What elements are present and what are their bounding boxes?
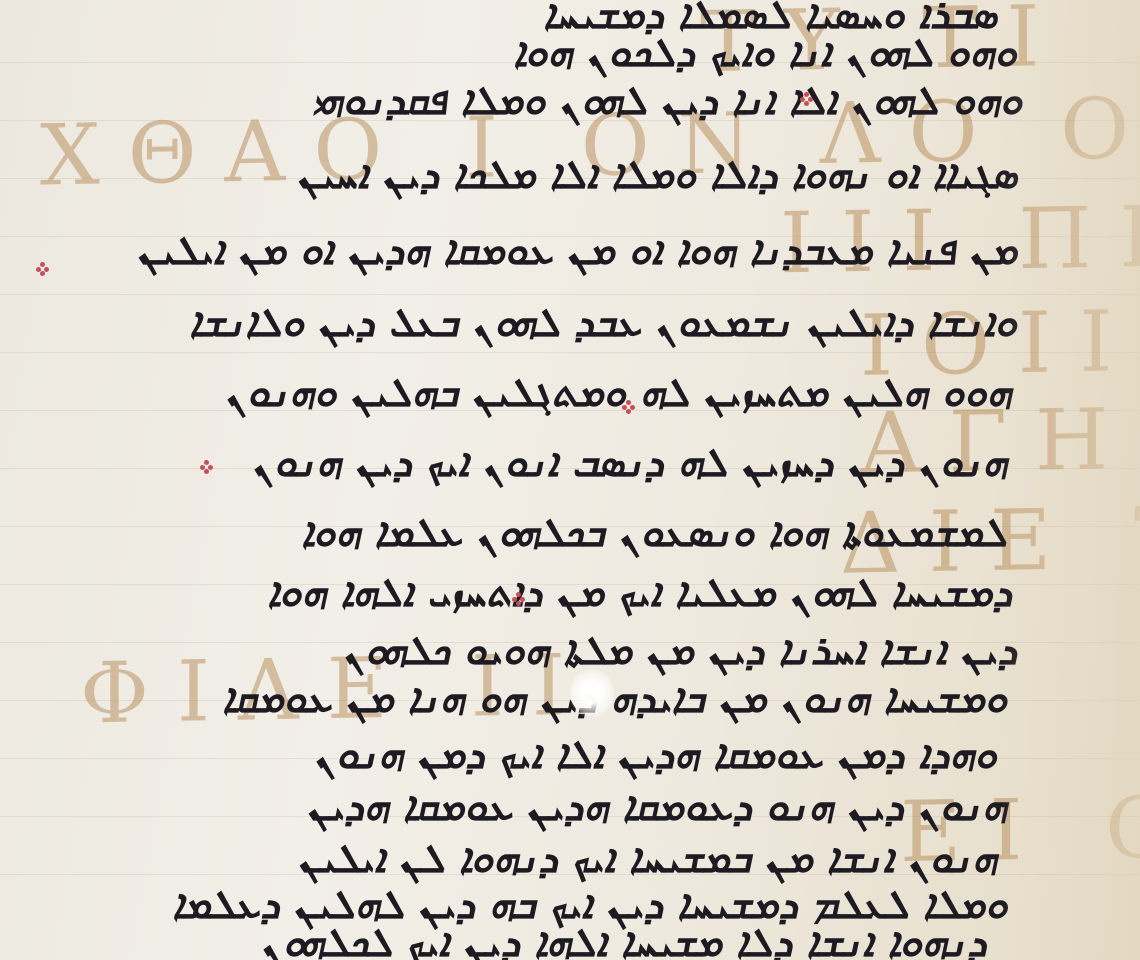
script-line: ܣܓܝܐܐ ܐܘ ܢܗܘܐ ܕܐܠܐ ܘܡܠܐ ܐܠܐ ܡܠܟܐ ܕܝܢ ܐܚܝ… [295, 152, 1025, 198]
script-line: ܘܗܘ ܠܗܘܢ ܐܢܐ ܘܐܝܟ ܕܠܟܘܢ ܗܘܐ [511, 30, 1024, 76]
script-line: ܕܝܢ ܐܢܫܐ ܐܚܪܢܐ ܕܝܢ ܡܢ ܡܠܬܐ ܗܘܝܘ ܟܠܗܘܢ [341, 628, 1025, 674]
script-line: ܕܢܗܘܐ ܐܢܫܐ ܕܠܐ ܡܫܝܚܐ ܐܠܗܐ ܕܝܢ ܐܝܟ ܠܟܠܗܘܢ [260, 920, 995, 960]
script-line: ܗܢܘܢ ܐܢܫܐ ܡܢ ܒܡܫܝܚܐ ܐܝܟ ܕܢܗܘܐ ܠܢ ܐܝܠܝܢ [296, 836, 1005, 882]
rubric-rosette-icon [622, 400, 636, 414]
rubric-rosette-icon [512, 592, 526, 606]
script-line: ܘܡܫܝܚܐ ܗܢܘܢ ܡܢ ܒܐܝܕܗ ܕܝܢ ܗܘ ܗܢܐ ܡܢ ܥܘܡܩܐ [220, 676, 1015, 722]
parchment-edge-shading [1000, 0, 1140, 960]
rubric-rosette-icon [800, 92, 814, 106]
script-line: ܘܐܢܫܐ ܕܐܝܠܝܢ ܢܫܡܥܘܢ ܥܒܕ ܠܗܘܢ ܒܥܠ ܕܝܢ ܘܠܐ… [187, 300, 1025, 346]
script-line: ܘܗܘ ܠܗܘܢ ܐܠܐ ܐܢܐ ܕܝܢ ܠܗܘܢ ܘܡܠܐ ܦܩܕܢܘܗܝ [310, 78, 1030, 124]
manuscript-photo: ΤΥ ΤΙ ΛΟ ΟΥ Ο ΧΘΑΟ Ι ΟΝ ΙΙΙ ΠΗΙ ΙΟΙΙ ΤΑΙ… [0, 0, 1140, 960]
script-line: ܗܢܘܢ ܕܝܢ ܕܚܙܝܢ ܠܗ ܕܢܣܒ ܐܢܘܢ ܐܝܟ ܕܝܢ ܗܢܘܢ [250, 440, 1015, 486]
script-line: ܗܢܘܢ ܕܝܢ ܗܢܘ ܕܥܘܡܩܐ ܗܕܝܢ ܥܘܡܩܐ ܗܕܝܢ [305, 784, 1015, 830]
script-line: ܡܢ ܦܢܝܐ ܡܥܒܕܢܐ ܗܘܐ ܐܘ ܡܢ ܥܘܡܩܐ ܗܕܝܢ ܐܘ ܡ… [135, 228, 1025, 274]
script-line: ܘܗܕܐ ܕܡܢ ܥܘܡܩܐ ܗܕܝܢ ܐܠܐ ܐܝܟ ܕܡܢ ܗܢܘܢ [312, 732, 1005, 778]
rubric-rosette-icon [36, 262, 50, 276]
script-line: ܠܡܫܡܥܘܬܐ ܗܘܐ ܘܢܣܥܘܢ ܒܟܠܗܘܢ ܥܠܡܐ ܗܘܐ [299, 510, 1015, 556]
rubric-rosette-icon [200, 460, 214, 474]
script-line: ܕܡܫܝܚܐ ܠܗܘܢ ܡܥܠܝܐ ܐܝܟ ܡܢ ܕܐܬܚܙܝ ܐܠܗܐ ܗܘܐ [265, 570, 1020, 616]
light-glare [570, 668, 614, 718]
